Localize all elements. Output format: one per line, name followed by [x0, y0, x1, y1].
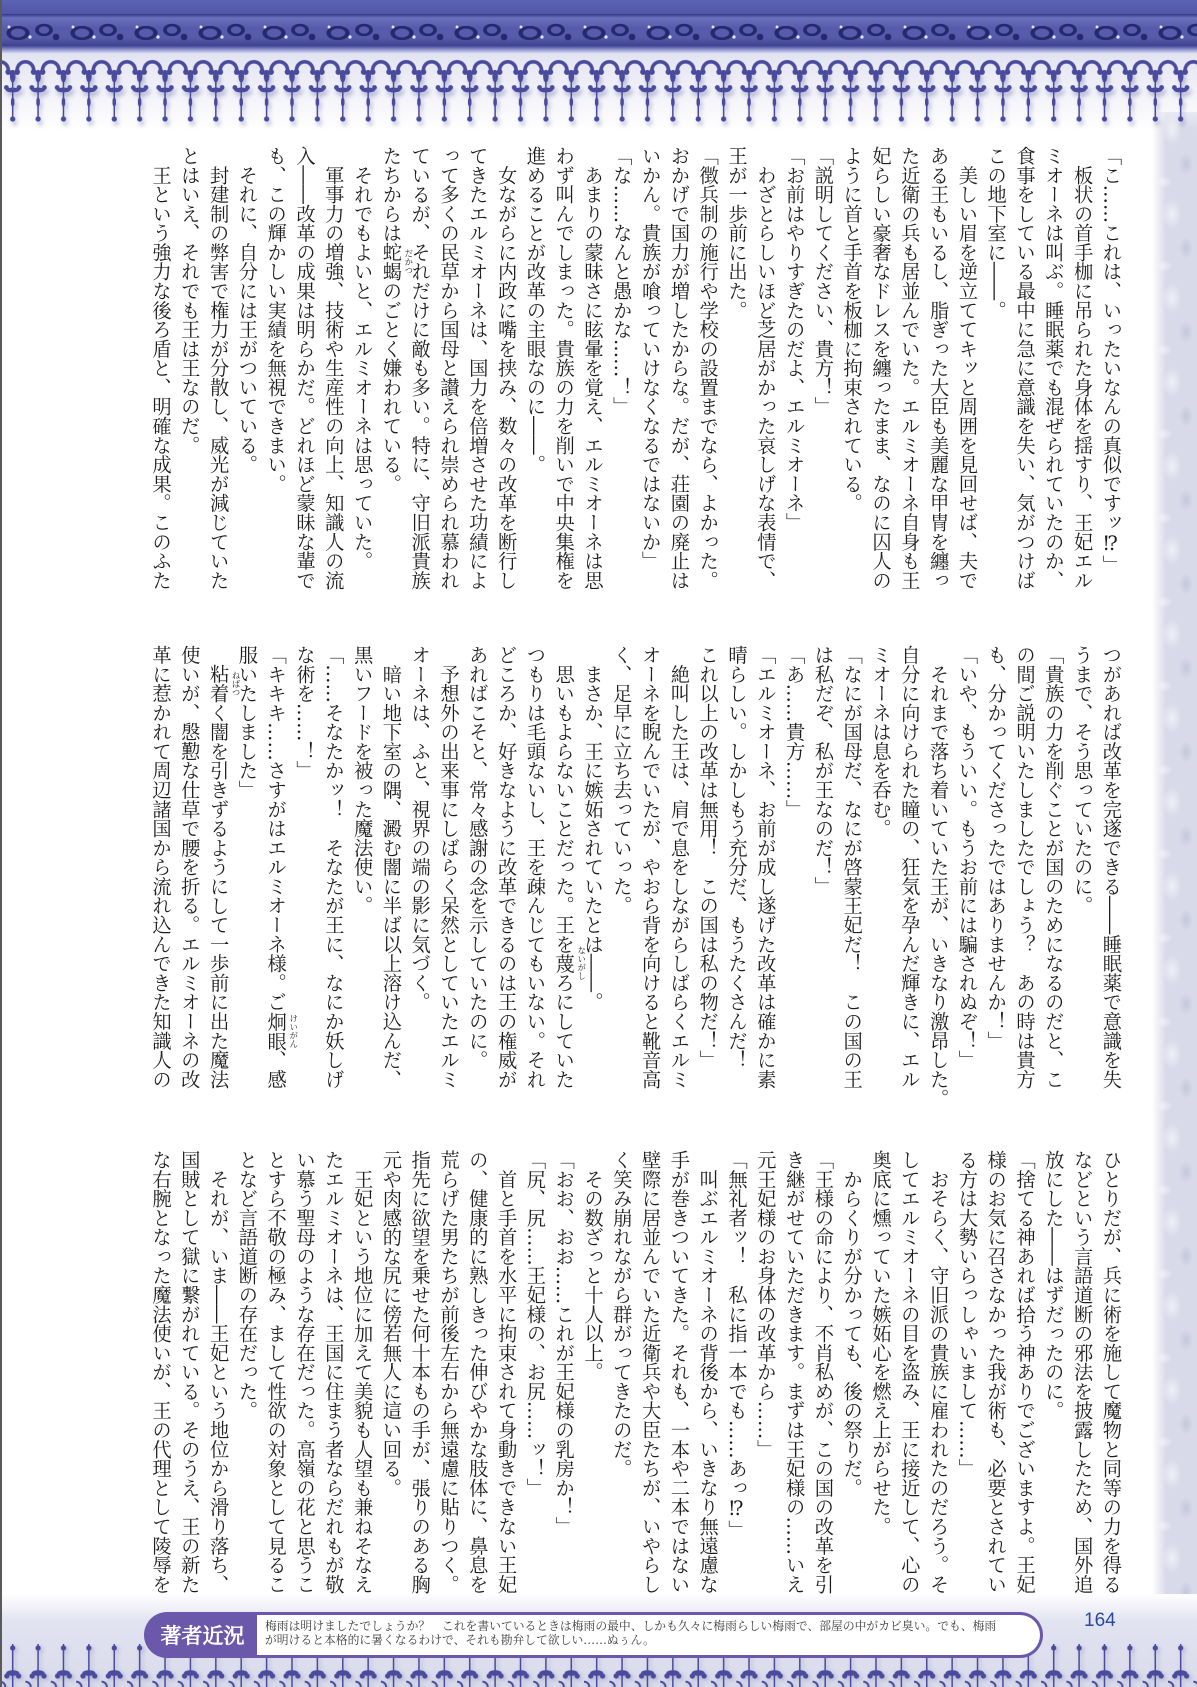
text-column: 王という強力な後ろ盾と、明確な成果。このふた [145, 146, 174, 626]
text-column: とすら不敬の極み、まして性欲の対象として見るこ [260, 1150, 289, 1630]
text-column: 使いが、慇懃な仕草で腰を折る。エルミオーネの改 [174, 645, 203, 1125]
text-column: この地下室に――。 [980, 146, 1009, 626]
text-tier-middle: つがあれば改革を完遂できる――睡眠薬で意識を失うまで、そう思っていたのに。「貴族… [0, 645, 1197, 1125]
text-column: オーネを睨んでいたが、やおら背を向けると靴音高 [635, 645, 664, 1125]
text-column: 革に惹かれて周辺諸国から流れ込んできた知識人の [145, 645, 174, 1125]
text-column: 入――改革の成果は明らかだ。どれほど蒙昧な輩で [289, 146, 318, 626]
text-column: うまで、そう思っていたのに。 [1067, 645, 1096, 1125]
text-column: 「お前はやりすぎたのだよ、エルミオーネ」 [779, 146, 808, 626]
text-column: 手が巻きついてきた。それも、一本や二本ではない。 [664, 1150, 693, 1630]
text-column: 指先に欲望を乗せた何十本もの手が、張りのある胸 [404, 1150, 433, 1630]
text-column: 軍事力の増強、技術や生産性の向上、知識人の流 [318, 146, 347, 626]
ruby-base: 蔑ないがし [552, 954, 575, 973]
text-column: 首と手首を水平に拘束されて身動きできない王妃 [491, 1150, 520, 1630]
ruby-reading: ねばつ [230, 671, 239, 697]
text-column: も、分かってくださったではありませんか！」 [980, 645, 1009, 1125]
text-column: ひとりだが、兵に術を施して魔物と同等の力を得る [1096, 1150, 1125, 1630]
text-column: などという言語道断の邪法を披露したため、国外追 [1067, 1150, 1096, 1630]
text-tier-bottom: ひとりだが、兵に術を施して魔物と同等の力を得るなどという言語道断の邪法を披露した… [0, 1150, 1197, 1630]
text-column: あればこそと、常々感謝の念を示していたのに。 [462, 645, 491, 1125]
author-note-line: が明けると本格的に暑くなるわけで、それも勘弁して欲しい……ぬぅん。 [265, 1634, 1032, 1648]
text-column: 「なにが国母だ、なにが啓蒙王妃だ！ この国の王 [836, 645, 865, 1125]
text-column: わず叫んでしまった。貴族の力を削いで中央集権を [548, 146, 577, 626]
text-column: 進めることが改革の主眼なのに――。 [520, 146, 549, 626]
text-column: 「エルミオーネ、お前が成し遂げた改革は確かに素 [750, 645, 779, 1125]
text-column: たちからは蛇蝎だかつのごとく嫌われている。 [376, 146, 405, 626]
text-column: とはいえ、それでも王は王なのだ。 [174, 146, 203, 626]
text-column: 絶叫した王は、肩で息をしながらしばらくエルミ [664, 645, 693, 1125]
text-column: 「いや、もういい。もうお前には騙されぬぞ！」 [952, 645, 981, 1125]
text-column: あまりの蒙昧さに眩暈を覚え、エルミオーネは思 [577, 146, 606, 626]
text-column: き継がせていただきます。まずは王妃様の……いえ、 [779, 1150, 808, 1630]
text-tier-top: 「こ……これは、いったいなんの真似ですッ⁉」 板状の首手枷に吊られた身体を揺すり… [0, 146, 1197, 626]
text-column: 「無礼者ッ！ 私に指一本でも……あっ⁉」 [721, 1150, 750, 1630]
text-column: 妃らしい豪奢なドレスを纏ったまま、なのに囚人の [865, 146, 894, 626]
text-column: 「貴族の力を削ぐことが国のためになるのだと、こ [1038, 645, 1067, 1125]
text-column: く笑み崩れながら群がってきたのだ。 [606, 1150, 635, 1630]
text-column: 黒いフードを被った魔法使い。 [347, 645, 376, 1125]
text-column: ある王もいるし、脂ぎった大臣も美麗な甲冑を纏っ [923, 146, 952, 626]
text-column: 奥底に燻っていた嫉妬心を燃え上がらせた。 [865, 1150, 894, 1630]
text-column: の、健康的に熟しきった伸びやかな肢体に、鼻息を [462, 1150, 491, 1630]
text-column: となど言語道断の存在だった。 [232, 1150, 261, 1630]
text-column: な右腕となった魔法使いが、王の代理として陵辱を [145, 1150, 174, 1630]
text-column: 国賊として獄に繋がれている。そのうえ、王の新た [174, 1150, 203, 1630]
text-column: く、足早に立ち去っていった。 [606, 645, 635, 1125]
text-column: 封建制の弊害で権力が分散し、威光が減じていた [203, 146, 232, 626]
text-column: 壁際に居並んでいた近衛兵や大臣たちが、いやらし [635, 1150, 664, 1630]
text-column: おかげで国力が増したからな。だが、荘園の廃止は [664, 146, 693, 626]
text-column: 「徴兵制の施行や学校の設置までなら、よかった。 [692, 146, 721, 626]
text-column: って多くの民草から国母と讃えられ崇められ慕われ [433, 146, 462, 626]
ruby-reading: ないがし [576, 946, 585, 980]
text-column: つがあれば改革を完遂できる――睡眠薬で意識を失 [1096, 645, 1125, 1125]
text-column: 食事をしている最中に急に意識を失い、気がつけば [1009, 146, 1038, 626]
text-column: その数ざっと十人以上。 [577, 1150, 606, 1630]
text-column: は私だぞ、私が王なのだ！」 [808, 645, 837, 1125]
text-column: 思いもよらないことだった。王を蔑ないがしろにしていた [548, 645, 577, 1125]
text-column: これ以上の改革は無用！ この国は私の物だ！」 [692, 645, 721, 1125]
text-column: それが、いま――王妃という地位から滑り落ち、 [203, 1150, 232, 1630]
header-scroll-ornament [0, 18, 1197, 46]
text-column: ミオーネは息を呑む。 [865, 645, 894, 1125]
ruby-reading: だかつ [403, 249, 412, 275]
text-column: どころか、好きなように改革できるのは王の権威が [491, 645, 520, 1125]
text-column: 粘着ねばつく闇を引きずるようにして一歩前に出た魔法 [203, 645, 232, 1125]
text-column: 「説明してください、貴方！」 [808, 146, 837, 626]
text-column: いかん。貴族が喰っていけなくなるではないか」 [635, 146, 664, 626]
text-column: てきたエルミオーネは、国力を倍増させた功績によ [462, 146, 491, 626]
text-column: 「あ……貴方……」 [779, 645, 808, 1125]
text-column: 美しい眉を逆立ててキッと周囲を見回せば、夫で [952, 146, 981, 626]
text-column: 女ながらに内政に嘴を挟み、数々の改革を断行し [491, 146, 520, 626]
text-column: それに、自分には王がついている。 [232, 146, 261, 626]
ruby-base: 蛇蝎だかつ [379, 242, 402, 281]
text-column: オーネは、ふと、視界の端の影に気づく。 [404, 645, 433, 1125]
ornamental-header-border [0, 0, 1197, 130]
text-column: 放にした――はずだったのに。 [1038, 1150, 1067, 1630]
text-column: つもりは毛頭ないし、王を疎んじてもいない。それ [520, 645, 549, 1125]
text-column: 暗い地下室の隅、澱む闇に半ば以上溶け込んだ、 [376, 645, 405, 1125]
text-column: 王妃という地位に加えて美貌も人望も兼ねそなえ [347, 1150, 376, 1630]
author-note-label: 著者近況 [144, 1612, 257, 1658]
ruby-base: 粘着ねばつ [207, 664, 230, 703]
author-note-box: 著者近況 梅雨は明けましたでしょうか？ これを書いているときは梅雨の最中、しかも… [144, 1612, 1043, 1658]
text-column: 「尻、尻……王妃様の、お尻……ッ！」 [520, 1150, 549, 1630]
ruby-reading: けいがん [288, 1014, 297, 1048]
text-column: 「な……なんと愚かな……！」 [606, 146, 635, 626]
text-column: それまで落ち着いていた王が、いきなり激昂した。 [923, 645, 952, 1125]
text-column: 板状の首手枷に吊られた身体を揺すり、王妃エル [1067, 146, 1096, 626]
text-column: おそらく、守旧派の貴族に雇われたのだろう。そ [923, 1150, 952, 1630]
book-page: 「こ……これは、いったいなんの真似ですッ⁉」 板状の首手枷に吊られた身体を揺すり… [0, 0, 1197, 1687]
header-pendant-row [0, 70, 1197, 124]
text-column: 荒らげた男たちが前後左右から無遠慮に貼りつく。 [433, 1150, 462, 1630]
text-column: 予想外の出来事にしばらく呆然としていたエルミ [433, 645, 462, 1125]
text-column: まさか、王に嫉妬されていたとは――。 [577, 645, 606, 1125]
left-edge-rule [0, 0, 2, 1687]
text-column: わざとらしいほど芝居がかった哀しげな表情で、 [750, 146, 779, 626]
text-column: 晴らしい。しかしもう充分だ、もうたくさんだ！ [721, 645, 750, 1125]
header-top-band [0, 0, 1197, 14]
author-note-text: 梅雨は明けましたでしょうか？ これを書いているときは梅雨の最中、しかも久々に梅雨… [257, 1615, 1040, 1655]
text-column: の間ご説明いたしましたでしょう？ あの時は貴方 [1009, 645, 1038, 1125]
text-column: 元や肉感的な尻に傍若無人に這い回る。 [376, 1150, 405, 1630]
text-column: 「こ……これは、いったいなんの真似ですッ⁉」 [1096, 146, 1125, 626]
text-column: たエルミオーネは、王国に住まう者ならだれもが敬 [318, 1150, 347, 1630]
header-light-band [0, 46, 1197, 54]
text-column: 「おお、おお……これが王妃様の乳房か！」 [548, 1150, 577, 1630]
text-column: た近衛の兵も居並んでいた。エルミオーネ自身も王 [894, 146, 923, 626]
author-note-line: 梅雨は明けましたでしょうか？ これを書いているときは梅雨の最中、しかも久々に梅雨… [265, 1620, 1032, 1634]
text-column: 元王妃様のお身体の改革から……」 [750, 1150, 779, 1630]
text-column: してエルミオーネの目を盗み、王に接近して、心の [894, 1150, 923, 1630]
text-column: ように首と手首を板枷に拘束されている。 [836, 146, 865, 626]
text-column: 「……そなたかッ！ そなたが王に、なにか妖しげ [318, 645, 347, 1125]
text-column: も、この輝かしい実績を無視できまい。 [260, 146, 289, 626]
text-column: それでもよいと、エルミオーネは思っていた。 [347, 146, 376, 626]
text-column: な術を……！」 [289, 645, 318, 1125]
text-column: る方は大勢いらっしゃいまして……」 [952, 1150, 981, 1630]
text-column: 様のお気に召さなかった我が術も、必要とされてい [980, 1150, 1009, 1630]
text-column: い慕う聖母のような存在だった。高嶺の花と思うこ [289, 1150, 318, 1630]
text-column: ているが、それだけに敵も多い。特に、守旧派貴族 [404, 146, 433, 626]
text-column: 「捨てる神あれば拾う神ありでございますよ。王妃 [1009, 1150, 1038, 1630]
text-column: 「王様の命により、不肖私めが、この国の改革を引 [808, 1150, 837, 1630]
text-column: ミオーネは叫ぶ。睡眠薬でも混ぜられていたのか、 [1038, 146, 1067, 626]
text-column: 自分に向けられた瞳の、狂気を孕んだ輝きに、エル [894, 645, 923, 1125]
text-column: 服いたしました」 [232, 645, 261, 1125]
page-number: 164 [1084, 1610, 1116, 1632]
text-column: からくりが分かっても、後の祭りだ。 [836, 1150, 865, 1630]
ruby-base: 炯眼けいがん [264, 1012, 287, 1051]
text-column: 王が一歩前に出た。 [721, 146, 750, 626]
text-column: 「キキキ……さすがはエルミオーネ様。ご炯眼けいがん、感 [260, 645, 289, 1125]
text-column: 叫ぶエルミオーネの背後から、いきなり無遠慮な [692, 1150, 721, 1630]
